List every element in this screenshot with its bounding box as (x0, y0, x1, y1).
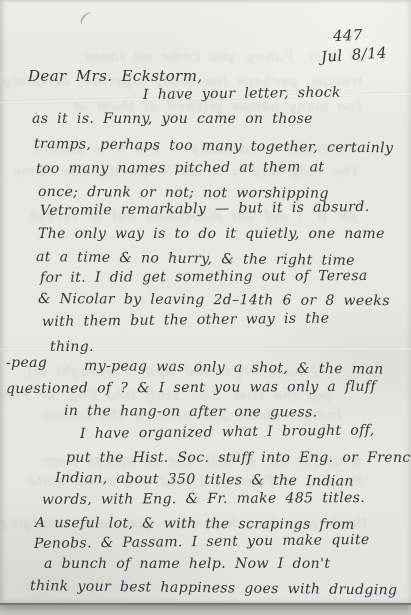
letter-line: words, with Eng. & Fr. make 485 titles. (42, 490, 365, 508)
letter-date: Jul 8/14 (320, 43, 387, 66)
page-number: 447 (333, 26, 363, 45)
letter-line: in the hang-on after one guess. (64, 403, 318, 421)
letter-line: Indian, about 350 titles & the Indian (55, 470, 354, 490)
salutation: Dear Mrs. Eckstorm, (28, 67, 203, 85)
letter-line: at a time & no hurry, & the right time (36, 249, 355, 269)
letter-line: put the Hist. Soc. stuff into Eng. or Fr… (66, 450, 411, 466)
letter-line: & Nicolar by leaving 2d–14th 6 or 8 week… (38, 291, 390, 309)
letter-paper: as it is. Funny, you came on thosetramps… (0, 0, 411, 605)
letter-line: questioned of ? & I sent you was only a … (6, 379, 376, 397)
letter-line: The only way is to do it quietly, one na… (38, 226, 385, 242)
letter-scan: as it is. Funny, you came on thosetramps… (0, 0, 411, 615)
letter-line: my-peag was only a shot, & the man (84, 358, 384, 378)
letter-line: too many names pitched at them at (36, 159, 324, 177)
letter-line: as it is. Funny, you came on those (32, 111, 313, 127)
letter-line: for it. I did get something out of Teres… (40, 268, 368, 286)
letter-line: tramps, perhaps too many together, certa… (34, 136, 394, 156)
letter-line: think your best happiness goes with drud… (30, 578, 398, 598)
letter-line: I have organized what I brought off, (80, 422, 375, 442)
letter-line: with them but the other way is the (42, 310, 330, 330)
letter-line: a bunch of name help. Now I don't (44, 556, 330, 572)
letter-line: thing. (50, 339, 94, 355)
letter-line: I have your letter, shock (143, 85, 341, 103)
corner-mark: ( (78, 7, 93, 27)
letter-line: Vetromile remarkably — but it is absurd. (40, 199, 370, 219)
margin-note-peag: -peag (6, 355, 47, 371)
letter-line: A useful lot, & with the scrapings from (35, 515, 355, 533)
letter-line: Penobs. & Passam. I sent you make quite (34, 532, 370, 552)
